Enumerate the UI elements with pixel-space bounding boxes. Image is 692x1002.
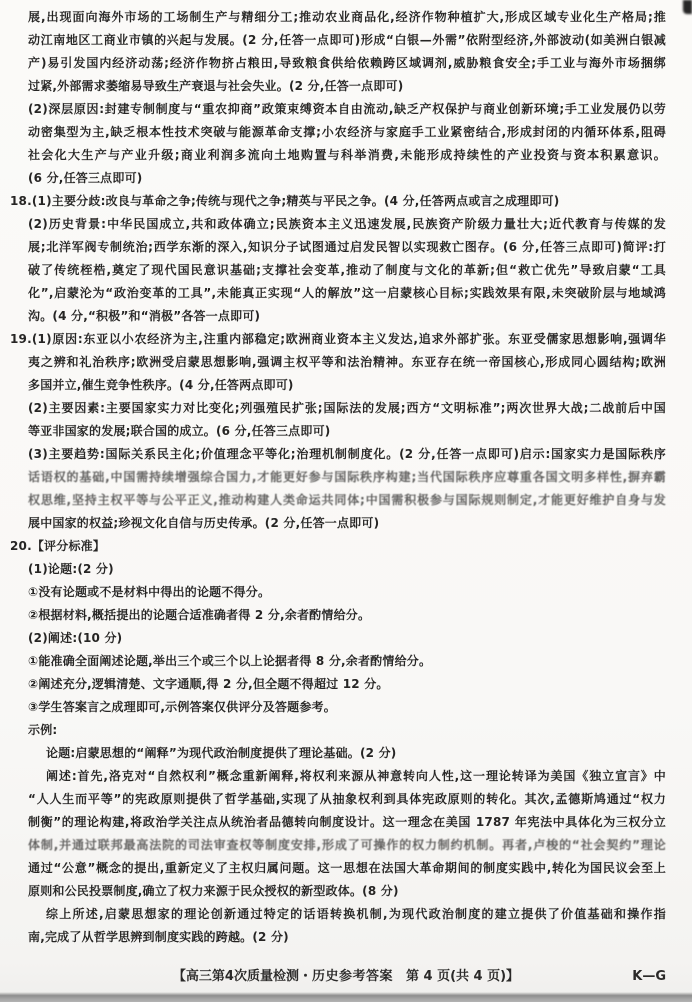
answer-line: 夷之辨和礼治秩序;欧洲受启蒙思想影响,强调主权平等和法治精神。东亚存在统一帝国核… xyxy=(28,351,666,374)
answer-line: 体制,并通过联邦最高法院的司法审查权等制度安排,形成了可操作的权力制约机制。再者… xyxy=(28,834,666,857)
answer-line: ③学生答案言之成理即可,示例答案仅供评分及答题参考。 xyxy=(28,696,666,719)
answer-line: 过紧,外部需求萎缩易导致生产衰退与社会失业。(2 分,任答一点即可) xyxy=(28,75,666,98)
answer-line: 南,完成了从哲学思辨到制度实践的跨越。(2 分) xyxy=(28,926,666,949)
answer-line: 等亚非国家的发展;联合国的成立。(6 分,任答三点即可) xyxy=(28,420,666,443)
footer-page-number: 第 4 页(共 4 页)】 xyxy=(393,969,519,984)
answer-line: 动江南地区工商业市镇的兴起与发展。(2 分,任答一点即可)形成“白银—外需”依附… xyxy=(28,29,666,52)
answer-line: 论题:启蒙思想的“阐释”为现代政治制度提供了理论基础。(2 分) xyxy=(46,742,666,765)
paper-code: K—G xyxy=(632,965,666,989)
answer-line: 综上所述,启蒙思想家的理论创新通过特定的话语转换机制,为现代政治制度的建立提供了… xyxy=(46,903,666,926)
answer-line: 展;北洋军阀专制统治;西学东渐的深入,知识分子试图通过启发民智以实现救亡图存。(… xyxy=(28,236,666,259)
footer-exam-name: 【高三第4次质量检测・ xyxy=(173,969,312,984)
answer-line: 通过“公意”概念的提出,重新定义了主权归属问题。这一思想在法国大革命期间的制度实… xyxy=(28,857,666,880)
answer-line: 权思维,坚持主权平等与公平正义,推动构建人类命运共同体;中国需积极参与国际规则制… xyxy=(28,489,666,512)
answer-line: ②根据材料,概括提出的论题合适准确者得 2 分,余者酌情给分。 xyxy=(28,604,666,627)
answer-line: 19.(1)原因:东亚以小农经济为主,注重内部稳定;欧洲商业资本主义发达,追求外… xyxy=(10,328,666,351)
answer-line: 18.(1)主要分歧:改良与革命之争;传统与现代之争;精英与平民之争。(4 分,… xyxy=(10,190,666,213)
answer-line: 示例: xyxy=(28,719,666,742)
answer-line: (3)主要趋势:国际关系民主化;价值理念平等化;治理机制制度化。(2 分,任答一… xyxy=(28,443,666,466)
answer-line: (2)深层原因:封建专制制度与“重农抑商”政策束缚资本自由流动,缺乏产权保护与商… xyxy=(28,98,666,121)
answer-line: 展中国家的权益;珍视文化自信与历史传承。(2 分,任答一点即可) xyxy=(28,512,666,535)
footer-subject-title: 历史参考答案 xyxy=(312,969,393,984)
answer-line: ①能准确全面阐述论题,举出三个或三个以上论据者得 8 分,余者酌情给分。 xyxy=(28,650,666,673)
answer-line: (1)论题:(2 分) xyxy=(28,558,666,581)
answer-line: (2)历史背景:中华民国成立,共和政体确立;民族资本主义迅速发展,民族资产阶级力… xyxy=(28,213,666,236)
answer-line: 动密集型为主,缺乏根本性技术突破与能源革命支撑;小农经济与家庭手工业紧密结合,形… xyxy=(28,121,666,144)
answer-line: ①没有论题或不是材料中得出的论题不得分。 xyxy=(28,581,666,604)
scan-edge-shadow xyxy=(0,992,692,1002)
answer-line: “人人生而平等”的宪政原则提供了哲学基础,实现了从抽象权利到具体宪政原则的转化。… xyxy=(28,788,666,811)
answer-line: 沟。(4 分,“积极”和“消极”各答一点即可) xyxy=(28,305,666,328)
document-page: 展,出现面向海外市场的工场制生产与精细分工;推动农业商品化,经济作物种植扩大,形… xyxy=(0,0,692,1002)
answer-line: 社会化大生产与产业升级;商业利润多流向土地购置与科举消费,未能形成持续性的产业投… xyxy=(28,144,666,167)
answer-line: 20.【评分标准】 xyxy=(10,535,666,558)
answer-line: 产)易引发国内经济动荡;经济作物挤占粮田,导致粮食供给依赖跨区域调剂,威胁粮食安… xyxy=(28,52,666,75)
answer-line: 多国并立,催生竞争性秩序。(4 分,任答两点即可) xyxy=(28,374,666,397)
answer-line: (6 分,任答三点即可) xyxy=(28,167,666,190)
footer-title: 【高三第4次质量检测・历史参考答案 第 4 页(共 4 页)】 xyxy=(0,965,692,989)
answer-line: (2)主要因素:主要国家实力对比变化;列强殖民扩张;国际法的发展;西方“文明标准… xyxy=(28,397,666,420)
answer-line: ②阐述充分,逻辑清楚、文字通顺,得 2 分,但全题不得超过 12 分。 xyxy=(28,673,666,696)
answer-line: 破了传统桎梏,奠定了现代国民意识基础;支撑社会变革,推动了制度与文化的革新;但“… xyxy=(28,259,666,282)
answer-line: 原则和公民投票制度,确立了权力来源于民众授权的新型政体。(8 分) xyxy=(28,880,666,903)
answer-text-block: 展,出现面向海外市场的工场制生产与精细分工;推动农业商品化,经济作物种植扩大,形… xyxy=(0,6,692,949)
answer-line: (2)阐述:(10 分) xyxy=(28,627,666,650)
answer-line: 展,出现面向海外市场的工场制生产与精细分工;推动农业商品化,经济作物种植扩大,形… xyxy=(28,6,666,29)
answer-line: 化”,启蒙沦为“政治变革的工具”,未能真正实现“人的解放”这一启蒙核心目标;实践… xyxy=(28,282,666,305)
answer-line: 阐述:首先,洛克对“自然权利”概念重新阐释,将权利来源从神意转向人性,这一理论转… xyxy=(46,765,666,788)
page-footer: 【高三第4次质量检测・历史参考答案 第 4 页(共 4 页)】 K—G xyxy=(0,965,692,989)
answer-line: 制衡”的理论构建,将政治学关注点从统治者品德转向制度设计。这一理念在美国 178… xyxy=(28,811,666,834)
answer-line: 话语权的基础,中国需持续增强综合国力,才能更好参与国际秩序构建;当代国际秩序应尊… xyxy=(28,466,666,489)
